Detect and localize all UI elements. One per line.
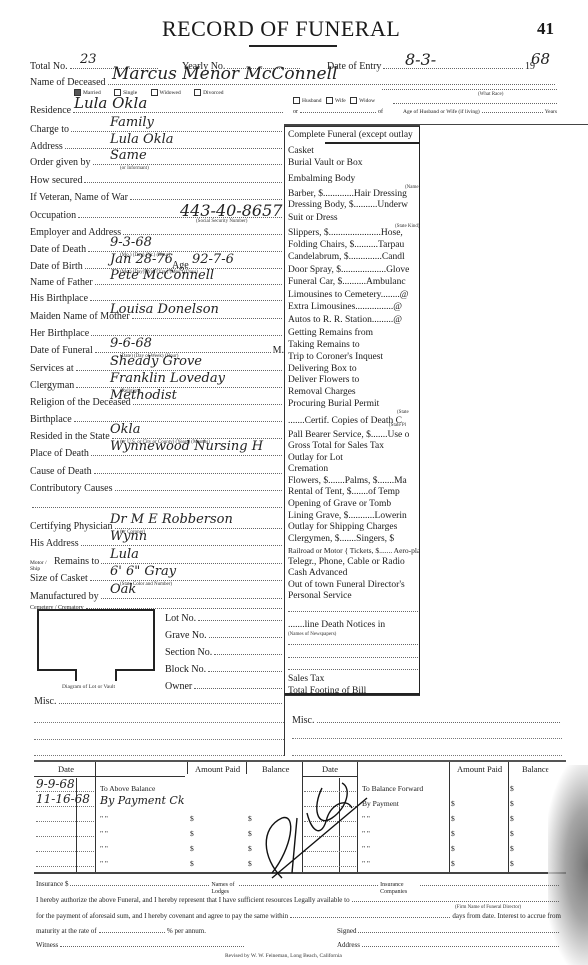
- ledger-paid[interactable]: $: [451, 814, 455, 823]
- charge-item: Removal Charges: [288, 387, 356, 397]
- ledger-right-balance-header: Balance: [522, 764, 549, 774]
- charge-item: Cremation: [288, 464, 328, 474]
- charge-item: [288, 657, 418, 658]
- charge-item: Rental of Tent, $.......of Temp: [288, 487, 400, 497]
- ledger-paid[interactable]: $: [451, 859, 455, 868]
- charge-item: [288, 644, 418, 645]
- ledger-paid[interactable]: $: [451, 799, 455, 808]
- lot-field-row: Grave No.: [165, 629, 284, 641]
- charge-note: (Names of Newspapers): [288, 632, 336, 637]
- ledger-description: " ": [100, 814, 108, 823]
- widowed-checkbox[interactable]: [151, 89, 158, 96]
- charge-item: Flowers, $.......Palms, $.......Ma: [288, 476, 407, 486]
- charge-item: Delivering Box to: [288, 364, 357, 374]
- total-no-value[interactable]: 23: [80, 52, 97, 67]
- charge-item: Taking Remains to: [288, 340, 360, 350]
- handwritten-value[interactable]: Methodist: [110, 388, 177, 403]
- charge-item: Telegr., Phone, Cable or Radio: [288, 557, 405, 567]
- ledger-description: To Above Balance: [100, 784, 155, 793]
- total-no-label: Total No.: [30, 61, 68, 72]
- charge-item: Outlay for Lot: [288, 453, 343, 463]
- field-label: Contributory Causes: [30, 483, 113, 494]
- field-label: Date of Birth: [30, 261, 83, 272]
- lot-field-row: Lot No.: [165, 612, 284, 624]
- field-label: Resided in the State: [30, 431, 110, 442]
- charge-item: [288, 669, 418, 670]
- widowed-option[interactable]: Widowed: [151, 90, 181, 96]
- field-label: Remains to: [54, 556, 99, 567]
- lot-field-label: Section No.: [165, 647, 212, 658]
- charge-item: Procuring Burial Permit: [288, 399, 379, 409]
- field-row: Employer and Address: [30, 226, 284, 238]
- page-number: 41: [537, 19, 554, 39]
- field-label: Charge to: [30, 124, 69, 135]
- handwritten-value[interactable]: Lula: [110, 547, 139, 562]
- ledger-description: " ": [100, 844, 108, 853]
- handwritten-value[interactable]: Jan 28-76: [110, 252, 173, 267]
- field-label: Order given by: [30, 157, 91, 168]
- ledger-balance[interactable]: $: [510, 814, 514, 823]
- field-label: Size of Casket: [30, 573, 88, 584]
- field-hint: (Social Security Number): [196, 219, 247, 224]
- field-label: Name of Father: [30, 277, 93, 288]
- charges-panel: Complete Funeral (except outlay CasketBu…: [284, 126, 420, 696]
- lot-field-row: Block No.: [165, 663, 284, 675]
- charge-item: Extra Limousines................@: [288, 302, 402, 312]
- ledger-left-date-header: Date: [58, 764, 74, 774]
- ledger-paid[interactable]: $: [190, 814, 194, 823]
- ledger-date[interactable]: 11-16-68: [36, 792, 90, 806]
- date-of-entry-year[interactable]: 68: [531, 50, 550, 68]
- field-row: Her Birthplace: [30, 327, 284, 339]
- lot-field-row: Section No.: [165, 646, 284, 658]
- handwritten-value[interactable]: Oak: [110, 582, 136, 597]
- signed-line[interactable]: Signed: [337, 927, 561, 935]
- handwritten-value[interactable]: Okla: [110, 422, 140, 437]
- divorced-option[interactable]: Divorced: [194, 90, 223, 96]
- charge-note: (State Kind): [395, 224, 420, 229]
- covenant-line: for the payment of aforesaid sum, and I …: [36, 912, 561, 920]
- name-of-deceased-value[interactable]: Marcus Menor McConnell: [112, 64, 337, 84]
- charge-item: Getting Remains from: [288, 328, 373, 338]
- ledger-right-date-header: Date: [322, 764, 338, 774]
- charge-item: Cash Advanced: [288, 568, 347, 578]
- charge-item: Railroad or Motor { Tickets, $....... Ae…: [288, 546, 420, 555]
- field-label: Clergyman: [30, 380, 74, 391]
- handwritten-value[interactable]: Wynnewood Nursing H: [110, 439, 263, 454]
- motor-ship-label: Motor / Ship: [30, 560, 54, 572]
- handwritten-value[interactable]: Louisa Donelson: [110, 302, 219, 317]
- ledger-paid[interactable]: $: [190, 829, 194, 838]
- charge-item: Out of town Funeral Director's: [288, 580, 405, 590]
- age-of-spouse-line: Age of Husband or Wife (if living)Years: [403, 108, 557, 115]
- witness-line[interactable]: Witness: [36, 941, 246, 949]
- handwritten-value[interactable]: Wynn: [110, 529, 147, 544]
- field-label: Place of Death: [30, 448, 89, 459]
- ledger-paid[interactable]: $: [451, 829, 455, 838]
- firm-name-note: (Firm Name of Funeral Director): [455, 905, 521, 910]
- husband-option[interactable]: Husband: [293, 98, 322, 104]
- handwritten-value[interactable]: 443-40-8657: [180, 201, 282, 220]
- ledger-balance[interactable]: $: [510, 799, 514, 808]
- field-label: Address: [30, 141, 63, 152]
- age-value[interactable]: 92-7-6: [192, 252, 234, 267]
- ledger-top-rule: [34, 760, 566, 762]
- field-row: His Address: [30, 537, 284, 549]
- misc-right-label: Misc.: [292, 715, 315, 726]
- charge-item: Clergymen, $.......Singers, $: [288, 534, 394, 544]
- divorced-checkbox[interactable]: [194, 89, 201, 96]
- field-label: If Veteran, Name of War: [30, 192, 128, 203]
- ledger-description: " ": [100, 859, 108, 868]
- insurance-line: Insurance $ Names of Lodges Insurance Co…: [36, 880, 561, 896]
- widow-checkbox[interactable]: [350, 97, 357, 104]
- charge-item: Slippers, $......................Hose,: [288, 228, 403, 238]
- lot-field-label: Grave No.: [165, 630, 207, 641]
- misc-left-field: Misc.: [34, 695, 284, 707]
- handwritten-value[interactable]: Lula Okla: [110, 132, 174, 147]
- ledger-paid[interactable]: $: [190, 859, 194, 868]
- field-label: How secured: [30, 175, 82, 186]
- title-underline: [249, 45, 337, 47]
- handwritten-value[interactable]: 6' 6" Gray: [110, 564, 176, 579]
- handwritten-value[interactable]: 9-3-68: [110, 235, 152, 250]
- scan-shadow: [548, 765, 588, 965]
- address-line[interactable]: Address: [337, 941, 561, 949]
- spouse-or-line: orof: [293, 108, 383, 115]
- charge-item: [288, 611, 418, 612]
- field-label: Services at: [30, 363, 74, 374]
- handwritten-value[interactable]: Same: [110, 148, 147, 163]
- ledger-paid[interactable]: $: [190, 844, 194, 853]
- spouse-options: Husband Wife Widow: [293, 97, 387, 104]
- date-of-entry-value[interactable]: 8-3-: [405, 50, 436, 69]
- charge-item: Dressing Body, $..........Underw: [288, 200, 408, 210]
- handwritten-value[interactable]: Pete McConnell: [110, 268, 214, 283]
- ledger-paid[interactable]: $: [451, 844, 455, 853]
- misc-right-field: Misc.: [292, 714, 562, 726]
- field-label: Date of Funeral: [30, 345, 93, 356]
- charge-note: (State: [397, 410, 409, 415]
- charge-item: Limousines to Cemetery........@: [288, 290, 409, 300]
- date-of-entry-field: Date of Entry19: [327, 60, 557, 72]
- handwritten-value[interactable]: Franklin Loveday: [110, 371, 225, 386]
- field-row: [30, 499, 284, 508]
- charge-item: Gross Total for Sales Tax: [288, 441, 384, 451]
- charge-item: .......Certif. Copies of Death C: [288, 416, 402, 426]
- lot-field-label: Lot No.: [165, 613, 196, 624]
- widow-option[interactable]: Widow: [350, 98, 375, 104]
- ledger-right-paid-header: Amount Paid: [457, 764, 502, 774]
- charge-item: Funeral Car, $..........Ambulanc: [288, 277, 406, 287]
- charge-item: Barber, $.............Hair Dressing: [288, 189, 407, 199]
- residence-field: Residence: [30, 104, 285, 116]
- charge-item: Sales Tax: [288, 674, 324, 684]
- lot-field-label: Block No.: [165, 664, 206, 675]
- handwritten-value[interactable]: Family: [110, 115, 154, 130]
- field-row: Order given by: [30, 156, 284, 168]
- field-label: His Birthplace: [30, 293, 88, 304]
- field-row: Cause of Death: [30, 465, 284, 477]
- field-label: Birthplace: [30, 414, 72, 425]
- charge-item: Candelabrum, $..............Candl: [288, 252, 405, 262]
- ledger-balance[interactable]: $: [510, 829, 514, 838]
- ledger-left-balance-header: Balance: [262, 764, 289, 774]
- husband-checkbox[interactable]: [293, 97, 300, 104]
- field-row: Contributory Causes: [30, 482, 284, 494]
- field-label: Employer and Address: [30, 227, 121, 238]
- revised-by-credit: Revised by W. W. Feineman, Long Beach, C…: [225, 953, 342, 959]
- field-label: Date of Death: [30, 244, 86, 255]
- lot-field-label: Owner: [165, 681, 192, 692]
- charge-item: Outlay for Shipping Charges: [288, 522, 397, 532]
- charge-item: Lining Grave, $...........Lowerin: [288, 511, 407, 521]
- wife-option[interactable]: Wife: [326, 98, 346, 104]
- lot-field-row: Owner: [165, 680, 284, 692]
- blank-region: [420, 125, 588, 695]
- ledger-description: " ": [100, 829, 108, 838]
- ledger-balance[interactable]: $: [510, 784, 514, 793]
- charge-item: Autos to R. R. Station.........@: [288, 315, 402, 325]
- diagram-caption: Diagram of Lot or Vault: [62, 684, 115, 690]
- funeral-record-page: RECORD OF FUNERAL 41 Total No. 23 Yearly…: [0, 0, 588, 965]
- charge-item: Deliver Flowers to: [288, 375, 359, 385]
- charges-heading: Complete Funeral (except outlay: [288, 130, 413, 140]
- handwritten-value[interactable]: 9-6-68: [110, 336, 152, 351]
- field-label: His Address: [30, 538, 79, 549]
- charge-item: Door Spray, $...................Glove: [288, 265, 409, 275]
- lot-diagram-box: [37, 609, 155, 671]
- ledger-balance[interactable]: $: [510, 859, 514, 868]
- what-race-label: (What Race): [478, 92, 503, 97]
- field-row: How secured: [30, 174, 284, 186]
- field-label: Cause of Death: [30, 466, 92, 477]
- handwritten-value[interactable]: Sheady Grove: [110, 354, 202, 369]
- charge-item: Pall Bearer Service, $.......Use o: [288, 430, 409, 440]
- ledger-balance[interactable]: $: [510, 844, 514, 853]
- charge-note: (State Pl: [389, 423, 406, 428]
- charge-item: Suit or Dress: [288, 213, 338, 223]
- wife-checkbox[interactable]: [326, 97, 333, 104]
- charge-note: (Name of: [405, 185, 420, 190]
- field-row: Birthplace: [30, 413, 284, 425]
- charge-item: Trip to Coroner's Inquest: [288, 352, 383, 362]
- maturity-line: maturity at the rate of% per annum.: [36, 927, 206, 935]
- charge-item: Personal Service: [288, 591, 352, 601]
- charge-item: Folding Chairs, $..........Tarpau: [288, 240, 404, 250]
- field-label: Her Birthplace: [30, 328, 89, 339]
- authorize-line: I hereby authorize the above Funeral, an…: [36, 896, 561, 904]
- charge-item: .......line Death Notices in: [288, 620, 385, 630]
- charge-item: Burial Vault or Box: [288, 158, 363, 168]
- charge-item: Casket: [288, 146, 314, 156]
- field-label: Occupation: [30, 210, 76, 221]
- field-label: Certifying Physician: [30, 521, 113, 532]
- charge-item: Opening of Grave or Tomb: [288, 499, 391, 509]
- paid-signature-scribble: [252, 778, 372, 888]
- ledger-description: By Payment Ck: [100, 794, 185, 807]
- ledger-left-paid-header: Amount Paid: [195, 764, 240, 774]
- residence-label: Residence: [30, 105, 71, 116]
- charge-item: Embalming Body: [288, 174, 355, 184]
- name-of-deceased-label: Name of Deceased: [30, 77, 106, 88]
- misc-left-label: Misc.: [34, 696, 57, 707]
- handwritten-value[interactable]: Dr M E Robberson: [110, 512, 233, 527]
- residence-value[interactable]: Lula Okla: [74, 94, 147, 112]
- page-title: RECORD OF FUNERAL: [162, 16, 400, 42]
- ledger-date[interactable]: 9-9-68: [36, 777, 75, 791]
- field-hint: (or Informant): [120, 166, 149, 171]
